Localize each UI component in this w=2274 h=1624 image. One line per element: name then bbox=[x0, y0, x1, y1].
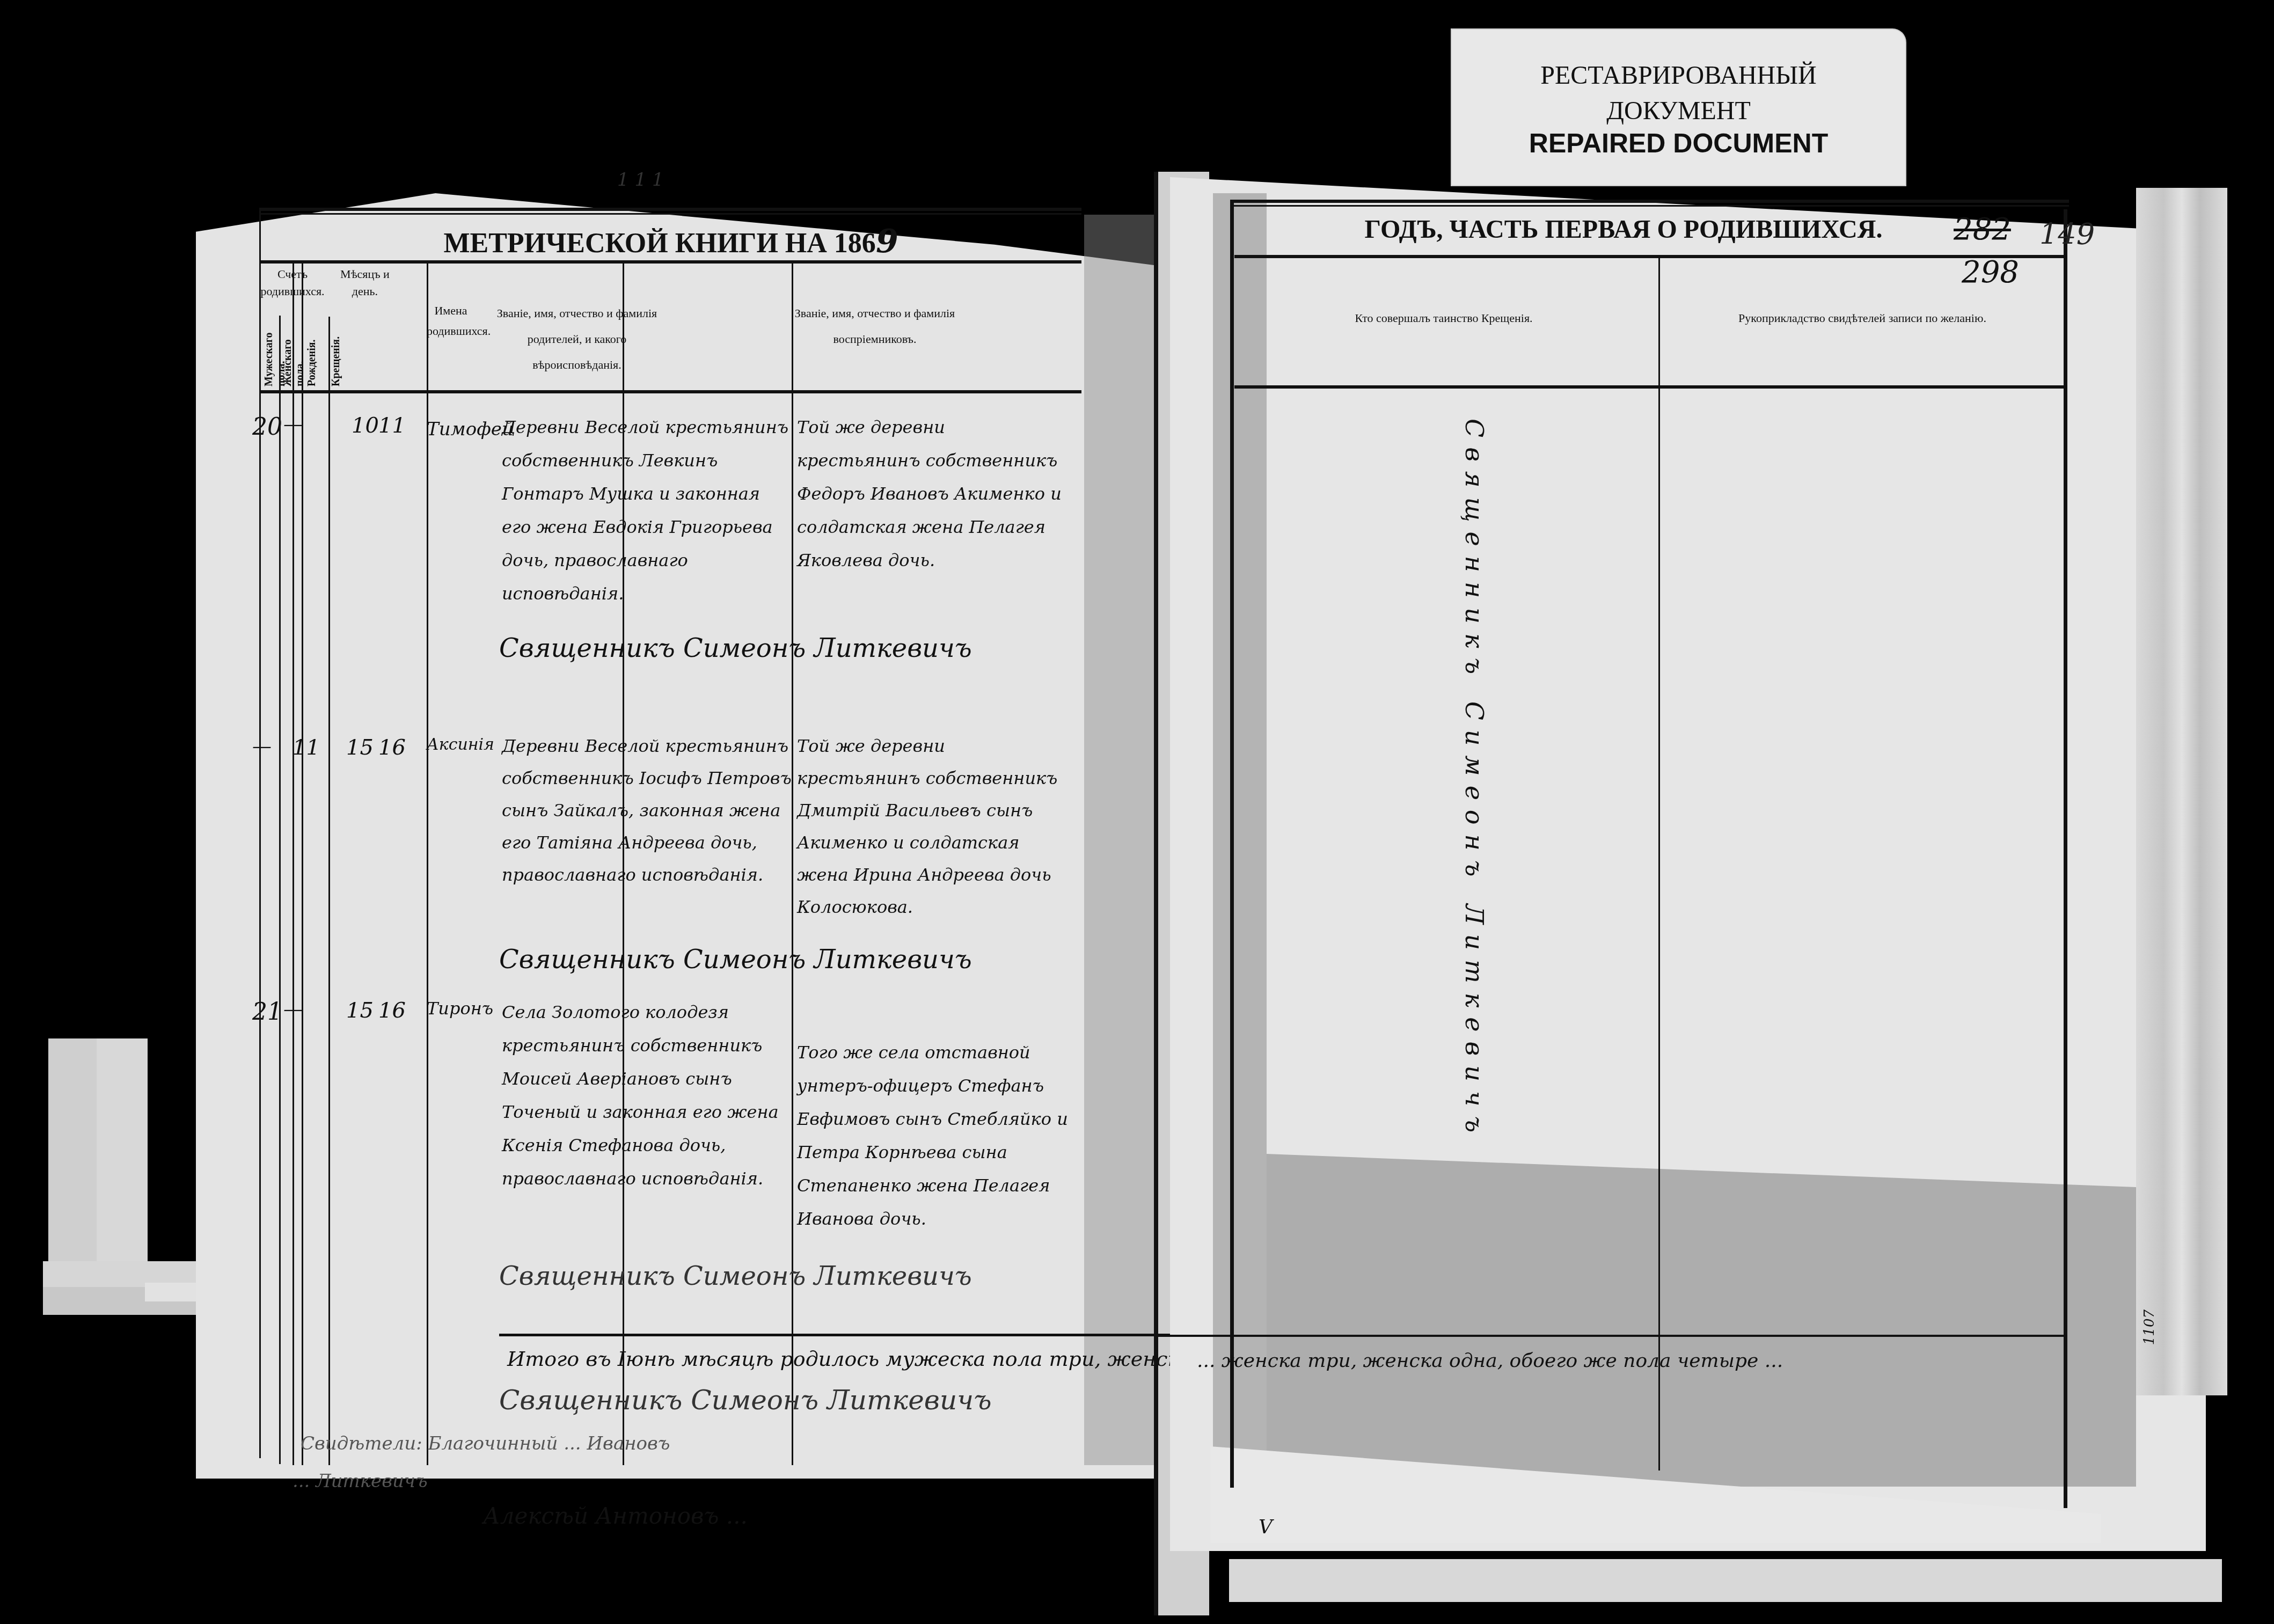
handwritten-year-digit: 9 bbox=[876, 223, 898, 260]
record-3-name: Тиронъ bbox=[427, 998, 493, 1019]
col-header-names: Имена родившихся. bbox=[427, 301, 475, 341]
col-rule-birth-baptism bbox=[328, 317, 330, 1465]
summary-continuation: ... женска три, женска одна, обоего же п… bbox=[1197, 1350, 1783, 1372]
record-1-parents: Деревни Веселой крестьянинъ собственникъ… bbox=[502, 411, 792, 610]
col-header-parents: Званіе, имя, отчество и фамилія родителе… bbox=[488, 301, 666, 378]
record-3-parents: Села Золотого колодезя крестьянинъ собст… bbox=[502, 996, 792, 1195]
right-page-repair-patch bbox=[1267, 1154, 2136, 1487]
col-header-date-group: Мѣсяцъ и день. bbox=[335, 266, 394, 300]
repaired-document-label-card: РЕСТАВРИРОВАННЫЙ ДОКУМЕНТ REPAIRED DOCUM… bbox=[1452, 30, 1905, 185]
record-1-female-no: — bbox=[283, 413, 303, 435]
book-bottom-cover bbox=[1229, 1559, 2222, 1602]
right-frame-left bbox=[1230, 200, 1234, 1488]
record-2-birth-day: 15 bbox=[346, 735, 374, 760]
record-1-signature: Священникъ Симеонъ Литкевичъ bbox=[499, 633, 972, 663]
col-rule-date-names bbox=[302, 263, 303, 1465]
record-3-baptism-day: 16 bbox=[378, 998, 406, 1023]
page-number-current: 298 bbox=[1962, 255, 2019, 290]
right-column-header-top-rule bbox=[1234, 255, 2064, 258]
right-header-title: ГОДЪ, ЧАСТЬ ПЕРВАЯ О РОДИВШИХСЯ. bbox=[1342, 215, 1905, 244]
right-header-top-rule bbox=[1232, 200, 2069, 203]
record-3-birth-day: 15 bbox=[346, 998, 374, 1023]
record-3-godparents: Того же села отставной унтеръ-офицеръ Ст… bbox=[797, 1036, 1071, 1235]
record-2-signature: Священникъ Симеонъ Литкевичъ bbox=[499, 945, 972, 975]
col-header-count-group: Счетъ родившихся. bbox=[260, 266, 325, 300]
left-header-title: МЕТРИЧЕСКОЙ КНИГИ НА 1869 bbox=[429, 223, 912, 260]
left-header-top-rule bbox=[260, 208, 1081, 211]
witness-line-1: Свидѣтели: Благочинный ... Ивановъ bbox=[301, 1433, 670, 1454]
col-rule-count-date bbox=[293, 263, 294, 1465]
summary-signature: Священникъ Симеонъ Литкевичъ bbox=[499, 1385, 992, 1416]
record-2-name: Аксинія bbox=[427, 735, 494, 754]
column-header-top-rule bbox=[260, 260, 1081, 264]
record-1-birth-day: 10 bbox=[352, 413, 379, 438]
right-col-header-performer: Кто совершалъ таинство Крещенія. bbox=[1245, 311, 1642, 325]
record-1-baptism-day: 11 bbox=[378, 413, 406, 438]
record-3-male-no: 21 bbox=[252, 998, 282, 1026]
label-line-ru-1: РЕСТАВРИРОВАННЫЙ bbox=[1452, 61, 1905, 90]
record-2-male-no: — bbox=[252, 735, 272, 757]
right-page-edge-stack bbox=[2136, 188, 2227, 1395]
col-header-female: Женскаго пола. bbox=[282, 317, 306, 386]
repair-fragment-left-strip bbox=[97, 1038, 148, 1264]
left-header-title-text: МЕТРИЧЕСКОЙ КНИГИ НА 186 bbox=[443, 228, 876, 259]
record-3-female-no: — bbox=[283, 998, 303, 1020]
record-3-signature: Священникъ Симеонъ Литкевичъ bbox=[499, 1261, 972, 1291]
record-1-godparents: Той же деревни крестьянинъ собственникъ … bbox=[797, 411, 1071, 577]
left-frame-left bbox=[259, 208, 261, 1458]
left-page-gutter-shadow bbox=[1084, 215, 1159, 1465]
column-header-bottom-rule bbox=[260, 390, 1081, 393]
record-2-baptism-day: 16 bbox=[378, 735, 406, 760]
left-header-top-rule-2 bbox=[260, 213, 1081, 215]
right-summary-rule bbox=[1154, 1335, 2066, 1337]
witness-line-3: Алексѣй Антоновъ ... bbox=[483, 1503, 748, 1529]
right-col-divider bbox=[1658, 258, 1660, 1471]
label-line-ru-2: ДОКУМЕНТ bbox=[1452, 96, 1905, 126]
page-number-struck: 282 bbox=[1954, 212, 2011, 247]
col-header-godparents: Званіе, имя, отчество и фамилія воспріем… bbox=[794, 301, 955, 352]
edge-stamp-number: 1107 bbox=[2141, 1310, 2158, 1345]
record-1-name: Тимофей bbox=[427, 413, 507, 445]
top-margin-marks: 1 1 1 bbox=[617, 169, 664, 191]
right-frame-right bbox=[2064, 209, 2067, 1508]
right-page-repair-tape-vertical bbox=[1213, 193, 1267, 1503]
summary-rule bbox=[499, 1334, 1175, 1336]
witness-line-2: ... Литкевичъ bbox=[293, 1471, 428, 1492]
record-2-godparents: Той же деревни крестьянинъ собственникъ … bbox=[797, 730, 1071, 923]
label-line-en: REPAIRED DOCUMENT bbox=[1452, 128, 1905, 159]
right-header-top-rule-2 bbox=[1232, 205, 2069, 207]
right-col-header-witnesses: Рукоприкладство свидѣтелей записи по жел… bbox=[1669, 311, 2056, 325]
right-column-header-bottom-rule bbox=[1234, 385, 2064, 389]
sheet-number: 149 bbox=[2039, 217, 2095, 251]
record-1-male-no: 20 bbox=[252, 413, 282, 441]
col-header-baptism: Крещенія. bbox=[330, 317, 342, 386]
record-2-parents: Деревни Веселой крестьянинъ собственникъ… bbox=[502, 730, 792, 891]
bottom-checkmark: V bbox=[1259, 1516, 1273, 1538]
vertical-performer-signature: Священникъ Симеонъ Литкевичъ bbox=[1460, 419, 1489, 1142]
record-2-female-no: 11 bbox=[293, 735, 320, 760]
col-header-birth: Рожденія. bbox=[306, 317, 318, 386]
col-rule-male-female bbox=[279, 316, 281, 1464]
